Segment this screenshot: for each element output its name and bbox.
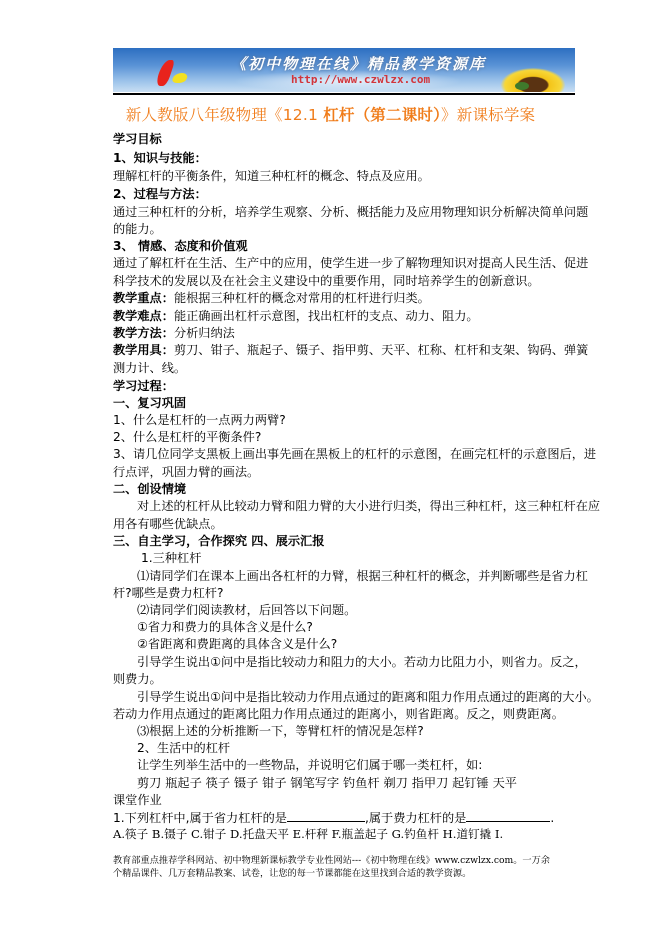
label: 教学用具： — [113, 343, 174, 357]
exercise-options: A.筷子 B.镊子 C.钳子 D.托盘天平 E.杆秤 F.瓶盖起子 G.钓鱼杆 … — [113, 826, 503, 842]
heading-review: 一、复习巩固 — [113, 395, 186, 411]
title-prefix: 新人教版八年级物理《12.1 — [126, 106, 323, 124]
text-line: 行点评，巩固力臂的画法。 — [113, 464, 259, 480]
text-line: ⑴请同学们在课本上画出各杠杆的力臂，根据三种杠杆的概念，并判断哪些是省力杠 — [137, 568, 588, 584]
text-line: ②省距离和费距离的具体含义是什么? — [137, 636, 337, 652]
question-item: 2、什么是杠杆的平衡条件? — [113, 429, 261, 445]
value: 能正确画出杠杆示意图，找出杠杆的支点、动力、阻力。 — [174, 309, 479, 323]
text-line: 引导学生说出①问中是指比较动力作用点通过的距离和阻力作用点通过的距离的大小。 — [137, 689, 599, 705]
title-bold: 杠杆（第二课时） — [323, 106, 441, 124]
question-item: 3、请几位同学支黑板上画出事先画在黑板上的杠杆的示意图，在画完杠杆的示意图后，进 — [113, 446, 596, 462]
heading-emotion-values: 3、 情感、态度和价值观 — [113, 238, 248, 254]
value: 分析归纳法 — [174, 326, 235, 340]
exercise-question: 1.下列杠杆中,属于省力杠杆的是,属于费力杠杆的是. — [113, 809, 554, 826]
banner-url: http://www.czwlzx.com — [291, 73, 430, 86]
text-line: 测力计、线。 — [113, 360, 186, 376]
text-line: ①省力和费力的具体含义是什么? — [137, 619, 313, 635]
question-text: ,属于费力杠杆的是 — [365, 811, 466, 825]
label: 教学方法： — [113, 326, 174, 340]
heading-knowledge-skills: 1、知识与技能： — [113, 150, 207, 166]
logo-yellow-shape-icon — [171, 73, 190, 83]
footer-line: 教育部重点推荐学科网站、初中物理新课标教学专业性网站---《初中物理在线》www… — [113, 854, 550, 867]
text-line: 让学生列举生活中的一些物品，并说明它们属于哪一类杠杆，如: — [137, 757, 482, 773]
question-text: . — [550, 811, 554, 825]
text-line: 杆?哪些是费力杠杆? — [113, 585, 223, 601]
text-line: ⑶根据上述的分析推断一下，等臂杠杆的情况是怎样? — [137, 723, 424, 739]
document-page: 《初中物理在线》精品教学资源库 http://www.czwlzx.com 新人… — [0, 0, 661, 936]
logo-red-shape-icon — [155, 60, 175, 86]
footer-line: 个精品课件、几万套精品教案、试卷，让您的每一节课都能在这里找到合适的教学资源。 — [113, 867, 550, 880]
answer-blank-lever-force-saving[interactable] — [287, 809, 365, 822]
text-line: 用各有哪些优缺点。 — [113, 516, 223, 532]
sunflower-petals — [501, 68, 565, 92]
text-line: 理解杠杆的平衡条件，知道三种杠杆的概念、特点及应用。 — [113, 168, 430, 184]
text-line: 剪刀 瓶起子 筷子 镊子 钳子 钢笔写字 钓鱼杆 剃刀 指甲刀 起钉锤 天平 — [137, 775, 517, 791]
text-line: 通过三种杠杆的分析，培养学生观察、分析、概括能力及应用物理知识分析解决简单问题 — [113, 204, 588, 220]
subheading-three-levers: 1.三种杠杆 — [141, 550, 201, 566]
subheading-levers-in-life: 2、生活中的杠杆 — [137, 740, 230, 756]
heading-scenario: 二、创设情境 — [113, 481, 186, 497]
teaching-key-point: 教学重点：能根据三种杠杆的概念对常用的杠杆进行归类。 — [113, 290, 430, 306]
text-line: 若动力作用点通过的距离比阻力作用点通过的距离小，则省距离。反之，则费距离。 — [113, 706, 564, 722]
text-line: 对上述的杠杆从比较动力臂和阻力臂的大小进行归类，得出三种杠杆，这三种杠杆在应 — [137, 498, 600, 514]
banner-divider — [113, 93, 575, 95]
teaching-tools: 教学用具：剪刀、钳子、瓶起子、镊子、指甲剪、天平、杠称、杠杆和支架、钩码、弹簧 — [113, 342, 588, 358]
value: 能根据三种杠杆的概念对常用的杠杆进行归类。 — [174, 291, 430, 305]
heading-process-methods: 2、过程与方法： — [113, 186, 207, 202]
page-footer: 教育部重点推荐学科网站、初中物理新课标教学专业性网站---《初中物理在线》www… — [113, 854, 550, 880]
label: 教学难点： — [113, 309, 174, 323]
text-line: 的能力。 — [113, 221, 162, 237]
question-text: 1.下列杠杆中,属于省力杠杆的是 — [113, 811, 287, 825]
teaching-method: 教学方法：分析归纳法 — [113, 325, 235, 341]
heading-learning-process: 学习过程： — [113, 378, 174, 394]
heading-self-study: 三、自主学习，合作探究 四、展示汇报 — [113, 533, 324, 549]
value: 剪刀、钳子、瓶起子、镊子、指甲剪、天平、杠称、杠杆和支架、钩码、弹簧 — [174, 343, 588, 357]
heading-classwork: 课堂作业 — [113, 792, 162, 808]
site-banner: 《初中物理在线》精品教学资源库 http://www.czwlzx.com — [113, 48, 575, 92]
banner-site-title: 《初中物理在线》精品教学资源库 — [231, 53, 486, 74]
title-suffix: 》新课标学案 — [441, 106, 535, 124]
text-line: 则费力。 — [113, 671, 162, 687]
document-title: 新人教版八年级物理《12.1 杠杆（第二课时）》新课标学案 — [0, 103, 661, 125]
text-line: 通过了解杠杆在生活、生产中的应用，使学生进一步了解物理知识对提高人民生活、促进 — [113, 255, 588, 271]
teaching-difficulty: 教学难点：能正确画出杠杆示意图，找出杠杆的支点、动力、阻力。 — [113, 308, 479, 324]
text-line: 引导学生说出①问中是指比较动力和阻力的大小。若动力比阻力小，则省力。反之， — [137, 654, 587, 670]
text-line: 科学技术的发展以及在社会主义建设中的重要作用，同时培养学生的创新意识。 — [113, 273, 540, 289]
label: 教学重点： — [113, 291, 174, 305]
leaf-icon — [515, 82, 529, 90]
sunflower-icon — [501, 68, 565, 92]
text-line: ⑵请同学们阅读教材，后回答以下问题。 — [137, 602, 356, 618]
question-item: 1、什么是杠杆的一点两力两臂? — [113, 412, 286, 428]
answer-blank-lever-force-costing[interactable] — [466, 809, 550, 822]
heading-learning-goals: 学习目标 — [113, 131, 162, 147]
